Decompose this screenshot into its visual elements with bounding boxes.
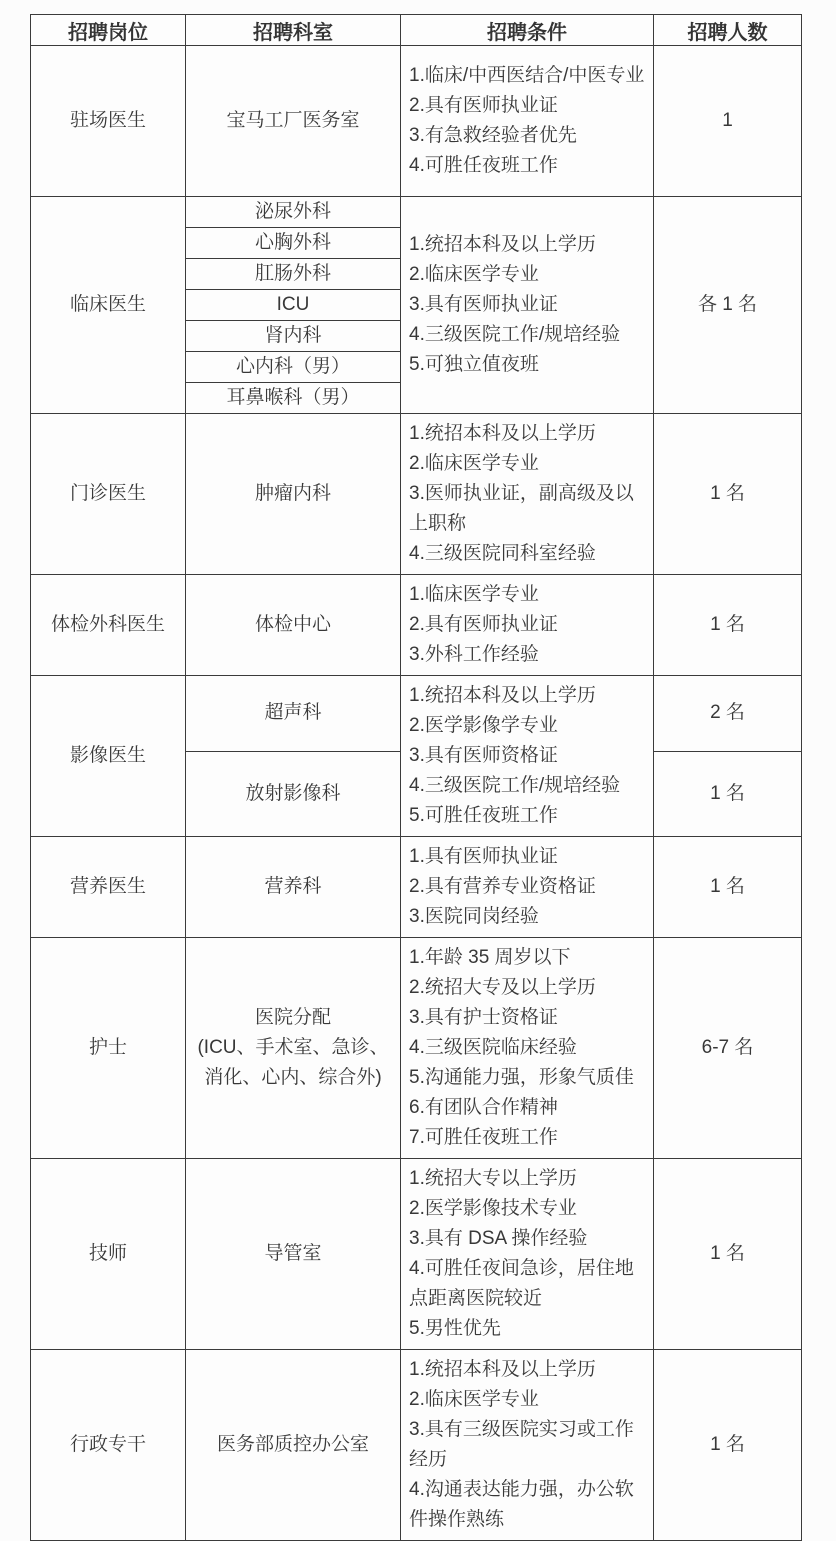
- table-row: 门诊医生 肿瘤内科 1.统招本科及以上学历 2.临床医学专业 3.医师执业证，副…: [31, 414, 802, 575]
- count-cell: 1 名: [654, 1350, 802, 1541]
- col-header-department: 招聘科室: [186, 15, 401, 46]
- position-cell: 影像医生: [31, 676, 186, 837]
- conditions-cell: 1.统招本科及以上学历 2.临床医学专业 3.具有医师执业证 4.三级医院工作/…: [401, 197, 654, 414]
- conditions-cell: 1.具有医师执业证 2.具有营养专业资格证 3.医院同岗经验: [401, 837, 654, 938]
- table-row: 护士 医院分配 (ICU、手术室、急诊、 消化、心内、综合外) 1.年龄 35 …: [31, 938, 802, 1159]
- conditions-cell: 1.统招大专以上学历 2.医学影像技术专业 3.具有 DSA 操作经验 4.可胜…: [401, 1159, 654, 1350]
- department-cell: 医院分配 (ICU、手术室、急诊、 消化、心内、综合外): [186, 938, 401, 1159]
- department-cell: 宝马工厂医务室: [186, 46, 401, 197]
- table-row: 营养医生 营养科 1.具有医师执业证 2.具有营养专业资格证 3.医院同岗经验 …: [31, 837, 802, 938]
- position-cell: 营养医生: [31, 837, 186, 938]
- table-row: 临床医生 泌尿外科 1.统招本科及以上学历 2.临床医学专业 3.具有医师执业证…: [31, 197, 802, 228]
- position-cell: 临床医生: [31, 197, 186, 414]
- table-row: 行政专干 医务部质控办公室 1.统招本科及以上学历 2.临床医学专业 3.具有三…: [31, 1350, 802, 1541]
- conditions-cell: 1.年龄 35 周岁以下 2.统招大专及以上学历 3.具有护士资格证 4.三级医…: [401, 938, 654, 1159]
- position-cell: 门诊医生: [31, 414, 186, 575]
- count-cell: 1: [654, 46, 802, 197]
- department-cell: 肿瘤内科: [186, 414, 401, 575]
- col-header-count: 招聘人数: [654, 15, 802, 46]
- department-cell: 心内科（男）: [186, 352, 401, 383]
- department-cell: 超声科: [186, 676, 401, 752]
- table-row: 技师 导管室 1.统招大专以上学历 2.医学影像技术专业 3.具有 DSA 操作…: [31, 1159, 802, 1350]
- conditions-cell: 1.统招本科及以上学历 2.临床医学专业 3.医师执业证，副高级及以上职称 4.…: [401, 414, 654, 575]
- position-cell: 驻场医生: [31, 46, 186, 197]
- department-cell: 医务部质控办公室: [186, 1350, 401, 1541]
- count-cell: 1 名: [654, 837, 802, 938]
- count-cell: 6-7 名: [654, 938, 802, 1159]
- position-cell: 体检外科医生: [31, 575, 186, 676]
- department-cell: 耳鼻喉科（男）: [186, 383, 401, 414]
- table-row: 体检外科医生 体检中心 1.临床医学专业 2.具有医师执业证 3.外科工作经验 …: [31, 575, 802, 676]
- conditions-cell: 1.统招本科及以上学历 2.临床医学专业 3.具有三级医院实习或工作经历 4.沟…: [401, 1350, 654, 1541]
- header-row: 招聘岗位 招聘科室 招聘条件 招聘人数: [31, 15, 802, 46]
- count-cell: 1 名: [654, 575, 802, 676]
- count-cell: 2 名: [654, 676, 802, 752]
- department-cell: ICU: [186, 290, 401, 321]
- department-cell: 体检中心: [186, 575, 401, 676]
- position-cell: 护士: [31, 938, 186, 1159]
- department-cell: 肛肠外科: [186, 259, 401, 290]
- position-cell: 技师: [31, 1159, 186, 1350]
- conditions-cell: 1.统招本科及以上学历 2.医学影像学专业 3.具有医师资格证 4.三级医院工作…: [401, 676, 654, 837]
- department-cell: 放射影像科: [186, 751, 401, 837]
- department-cell: 导管室: [186, 1159, 401, 1350]
- conditions-cell: 1.临床医学专业 2.具有医师执业证 3.外科工作经验: [401, 575, 654, 676]
- count-cell: 1 名: [654, 1159, 802, 1350]
- department-cell: 营养科: [186, 837, 401, 938]
- department-cell: 泌尿外科: [186, 197, 401, 228]
- recruitment-table: 招聘岗位 招聘科室 招聘条件 招聘人数 驻场医生 宝马工厂医务室 1.临床/中西…: [30, 14, 802, 1541]
- position-cell: 行政专干: [31, 1350, 186, 1541]
- department-cell: 心胸外科: [186, 228, 401, 259]
- count-cell: 各 1 名: [654, 197, 802, 414]
- table-row: 驻场医生 宝马工厂医务室 1.临床/中西医结合/中医专业 2.具有医师执业证 3…: [31, 46, 802, 197]
- conditions-cell: 1.临床/中西医结合/中医专业 2.具有医师执业证 3.有急救经验者优先 4.可…: [401, 46, 654, 197]
- count-cell: 1 名: [654, 414, 802, 575]
- col-header-position: 招聘岗位: [31, 15, 186, 46]
- table-row: 影像医生 超声科 1.统招本科及以上学历 2.医学影像学专业 3.具有医师资格证…: [31, 676, 802, 752]
- count-cell: 1 名: [654, 751, 802, 837]
- department-cell: 肾内科: [186, 321, 401, 352]
- col-header-conditions: 招聘条件: [401, 15, 654, 46]
